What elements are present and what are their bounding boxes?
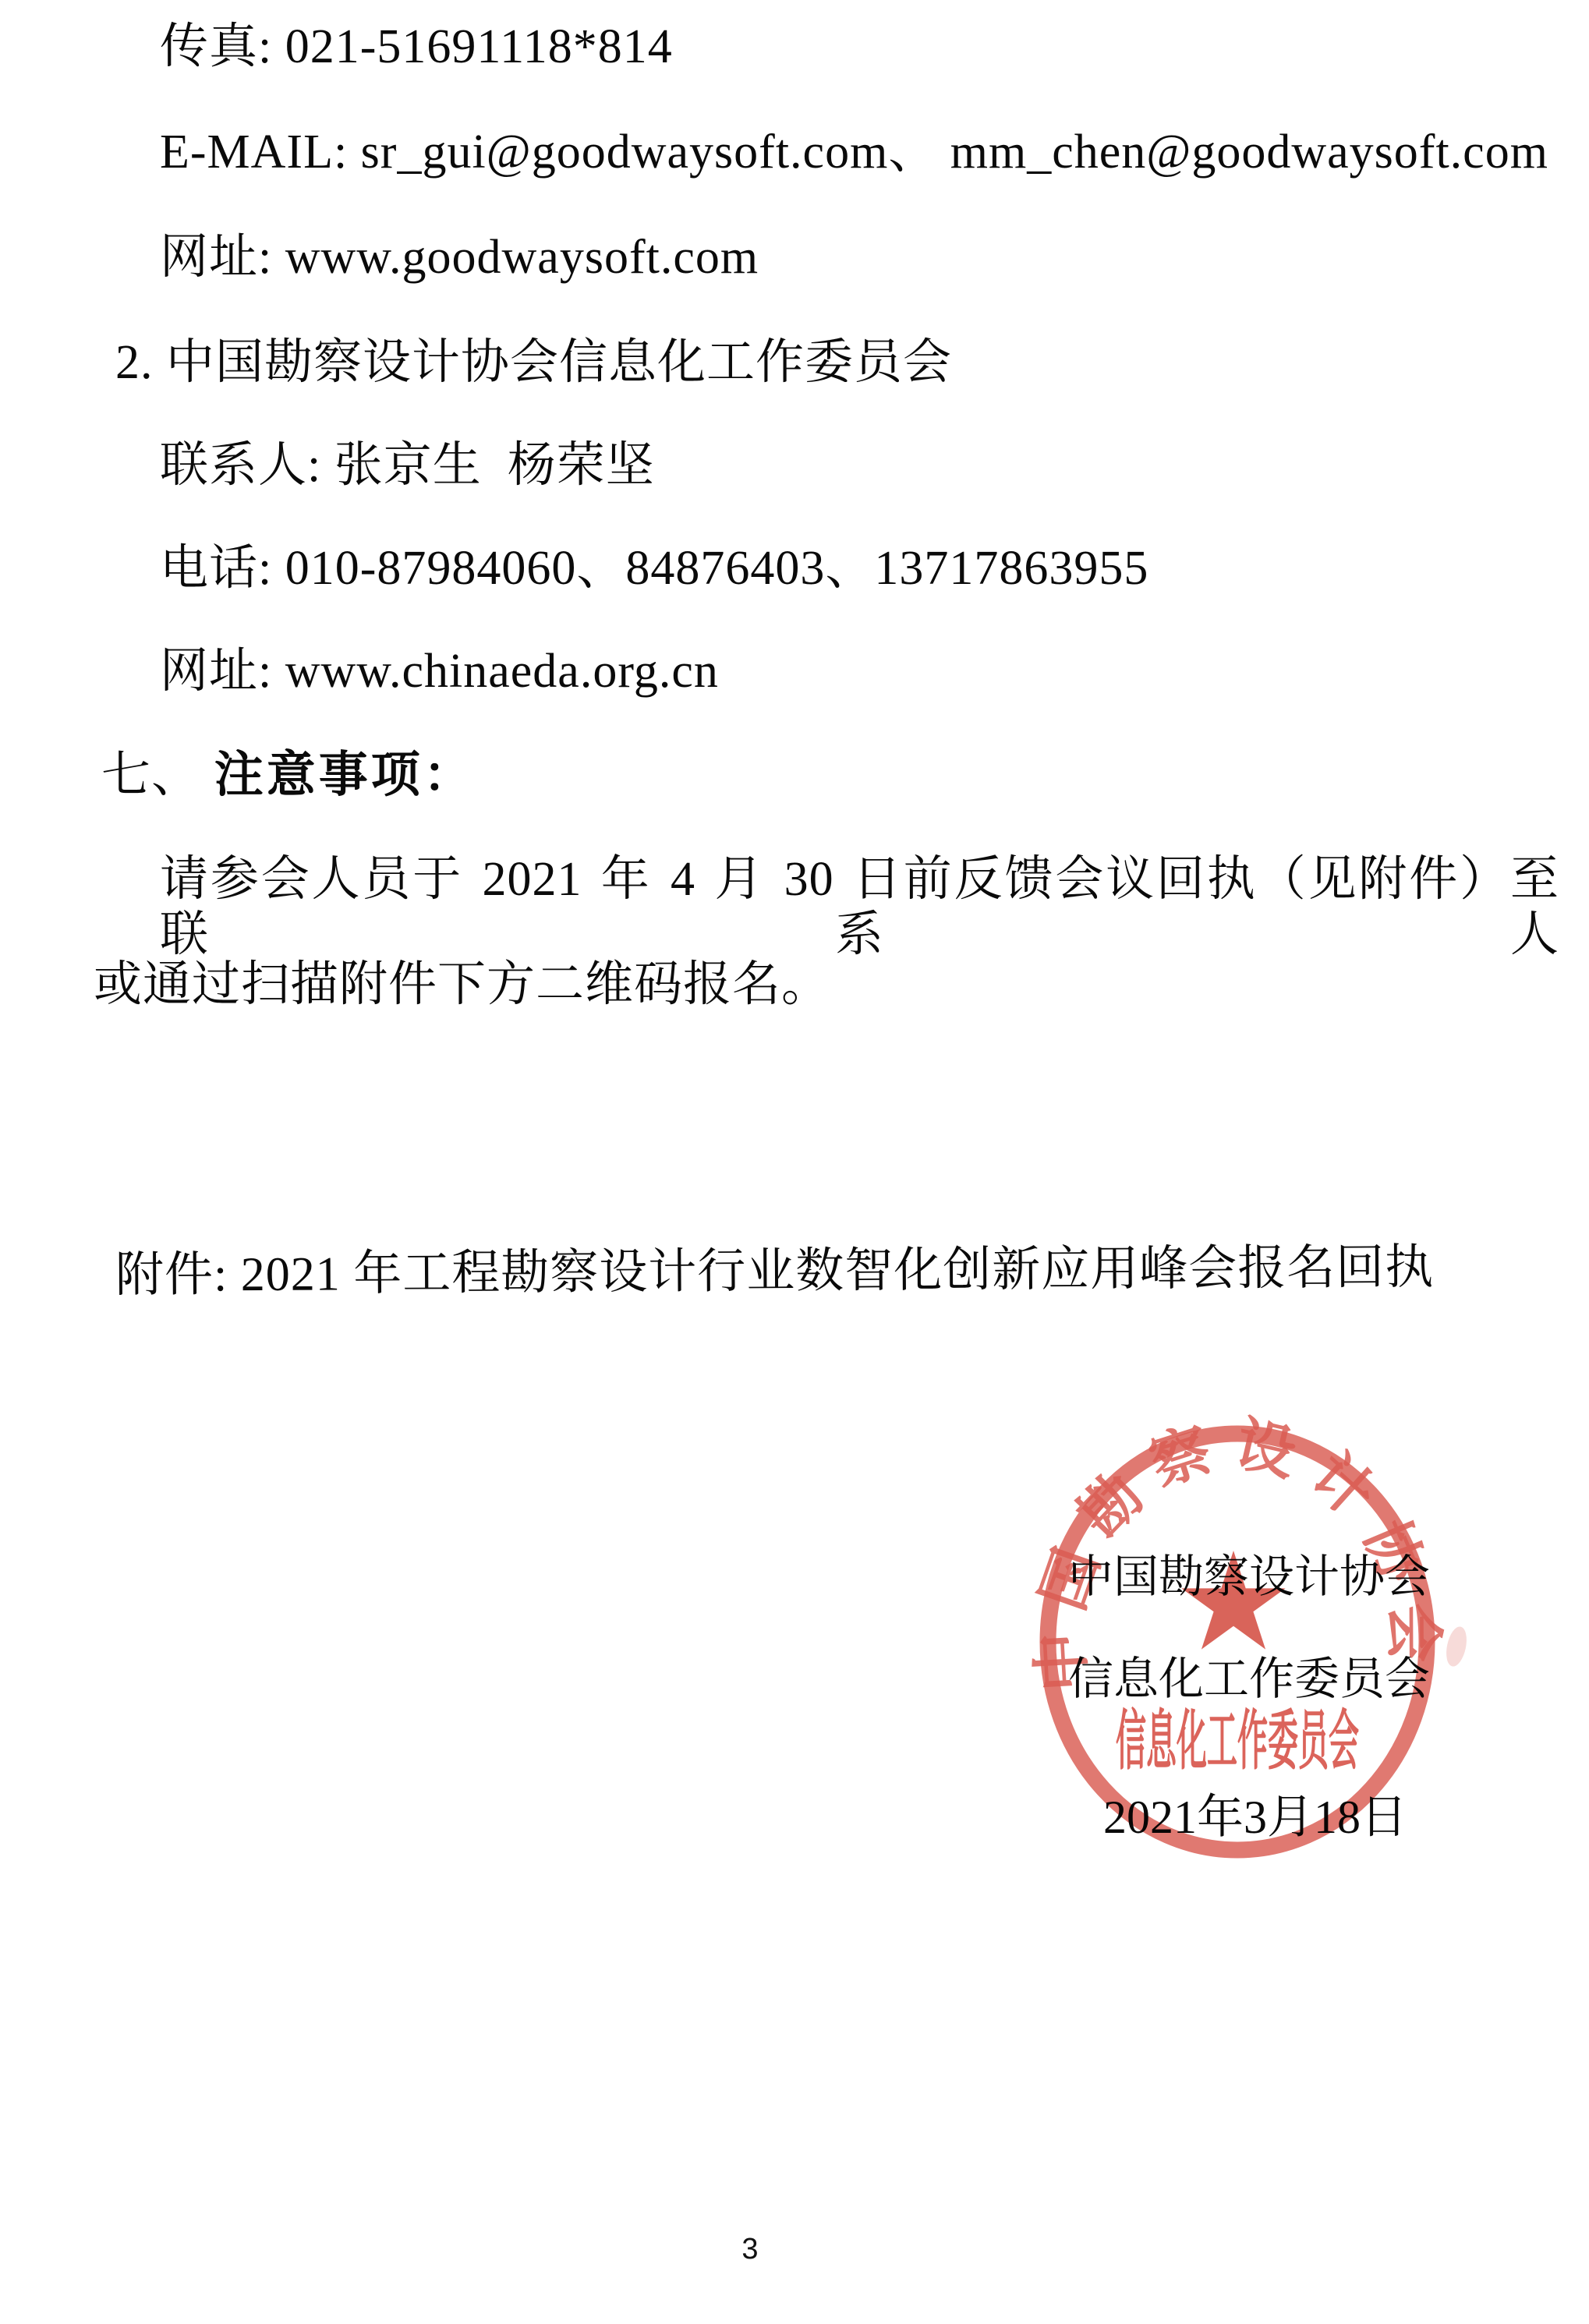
notes-heading: 七、 注意事项： [101, 747, 476, 803]
email-line: E-MAIL: sr_gui@goodwaysoft.com、 mm_chen@… [160, 125, 1548, 180]
seal-banner-text: 信息化工作委员会 [1116, 1705, 1359, 1777]
notes-heading-prefix: 七、 [101, 748, 201, 802]
org2-heading: 2. 中国勘察设计协会信息化工作委员会 [115, 335, 952, 391]
website-line-chinaeda: 网址: www.chinaeda.org.cn [160, 644, 719, 699]
contacts-line: 联系人: 张京生 杨荣坚 [160, 438, 655, 493]
seal-ink-smudge [1443, 1625, 1470, 1668]
website-line-goodway: 网址: www.goodwaysoft.com [160, 230, 759, 285]
page-number: 3 [741, 2233, 758, 2266]
svg-text:中国勘察设计协会: 中国勘察设计协会 [1028, 1413, 1446, 1693]
notes-paragraph-line2: 或通过扫描附件下方二维码报名。 [94, 957, 830, 1013]
official-seal: 中国勘察设计协会 信息化工作委员会 [1023, 1413, 1475, 1873]
phone-line: 电话: 010-87984060、84876403、13717863955 [160, 541, 1148, 596]
notes-paragraph-line1: 请参会人员于 2021 年 4 月 30 日前反馈会议回执（见附件）至联系人 [160, 852, 1559, 964]
document-page: 传真: 021-51691118*814 E-MAIL: sr_gui@good… [0, 0, 1589, 2324]
attachment-line: 附件: 2021 年工程勘察设计行业数智化创新应用峰会报名回执 [115, 1240, 1435, 1304]
seal-star-icon [1181, 1551, 1285, 1650]
fax-line: 传真: 021-51691118*814 [160, 19, 673, 75]
seal-arc-text: 中国勘察设计协会 [1028, 1413, 1446, 1693]
notes-heading-title: 注意事项： [214, 748, 476, 802]
